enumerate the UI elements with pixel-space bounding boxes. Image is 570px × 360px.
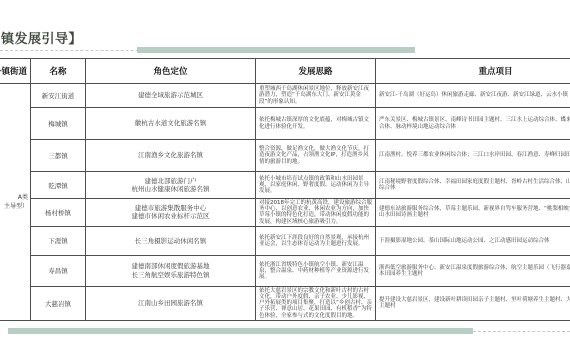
table-header-row: 乡镇街道 名称 角色定位 发展思路 重点项目: [0, 59, 570, 84]
table-row: 梅城镇 徽杭古水道文化旅游名镇 依托梅城古镇深厚的文化底蕴，对梅城古镇文化进行体…: [0, 108, 570, 140]
role-positioning-cell: 建德北部旅游门户 杭州山水健康休闲旅游名镇: [86, 172, 256, 199]
town-name-cell: 下涯镇: [31, 226, 86, 255]
table-row: 三都镇 江南渔乡文化旅游名镇 整合资源，做足渔文化，做大渔文化节庆，打造夜游文化…: [0, 140, 570, 172]
header-town-street: 乡镇街道: [0, 59, 31, 84]
key-projects-cell: 提升建设大慈岩景区，建设新叶耕读田园亲子主题村、里叶荷塘养生主题村、大慈岩宿禅修…: [376, 286, 570, 320]
town-name-cell: 大慈岩镇: [31, 286, 86, 320]
bottom-divider-dashed-line: [473, 331, 570, 332]
table-row: A类 主导型） 新安江街道 建德全域旅游示范城区 重塑城西千岛湖休闲景区地位，释…: [0, 84, 570, 108]
development-idea-cell: 依托浙江省级特色小镇航空小镇、新安江温泉，整合温泉、中药材种植等产业资源进行发展…: [256, 255, 376, 286]
top-accent-bar: [137, 47, 415, 53]
town-name-cell: 梅城镇: [31, 108, 86, 140]
development-idea-cell: 依托新安江下涯段良好的自然景观，承接杭州亚运会，以生态体育运动为主题进行发展。: [256, 226, 376, 255]
key-projects-cell: 浙西低空旅游服务中心、新安江温泉度假旅游综合体、航空主题乐园（飞行器嘉年华）、周…: [376, 255, 570, 286]
role-positioning-cell: 长三角摄影运动休闲名镇: [86, 226, 256, 255]
slide-page: 【乡镇发展引导】 乡镇街道 名称 角色定位 发展思路 重点项目 A类 主导型） …: [0, 0, 570, 360]
role-positioning-cell: 江南山乡田园旅游名镇: [86, 286, 256, 320]
role-positioning-cell: 建德全域旅游示范城区: [86, 84, 256, 108]
table-row: 乾潭镇 建德北部旅游门户 杭州山水健康休闲旅游名镇 依托小城市培育试点镇的政策和…: [0, 172, 570, 199]
role-positioning-cell: 江南渔乡文化旅游名镇: [86, 140, 256, 172]
role-positioning-cell: 建德市旅游集散服务中心 建德市休闲农业标杆示范区: [86, 199, 256, 227]
table-row: 寿昌镇 建德南部休闲度假旅游基地 长三角航空娱乐旅游特色镇 依托浙江省级特色小镇…: [0, 255, 570, 286]
town-name-cell: 杨村桥镇: [31, 199, 86, 227]
table-row: 杨村桥镇 建德市旅游集散服务中心 建德市休闲农业标杆示范区 对接2018年完工的…: [0, 199, 570, 227]
key-projects-cell: 下涯摄影湿地公园、茶山国际山地运动公园、之江动感田园运动综合体: [376, 226, 570, 255]
development-idea-cell: 依托梅城古镇深厚的文化底蕴，对梅城古镇文化进行体验化开发。: [256, 108, 376, 140]
development-idea-cell: 依托小城市培育试点镇的政策和山水田园景观，以家庭休闲、野奢度假、运动休闲为主导发…: [256, 172, 376, 199]
town-name-cell: 寿昌镇: [31, 255, 86, 286]
category-cell: A类 主导型）: [0, 84, 31, 321]
header-name: 名称: [31, 59, 86, 84]
header-role-positioning: 角色定位: [86, 59, 256, 84]
key-projects-cell: 江南渔村、悦养三都农业休闲综合体；三江口水岸田园、春江渔意、寿峰归园田居主题村。: [376, 140, 570, 172]
development-idea-cell: 重塑城西千岛湖休闲景区地位，释放新安江夜游潜力，塑造“千岛湖东大门、新安江黄金段…: [256, 84, 376, 108]
key-projects-cell: 新安江-千岛湖（好运岛）休闲旅游走廊、新安江夜游、新安江绿道、云水小镇: [376, 84, 570, 108]
role-positioning-cell: 徽杭古水道文化旅游名镇: [86, 108, 256, 140]
town-name-cell: 乾潭镇: [31, 172, 86, 199]
development-idea-cell: 对接2018年完工的杭黄高铁，建设旅游综合服务中心，以创意农业、休闲农业为方向，…: [256, 199, 376, 227]
town-name-cell: 新安江街道: [31, 84, 86, 108]
key-projects-cell: 建德东站旅游服务综合体、草莓主题乐园、新视界自驾车服务营地、“桃梨相映”水果乐园…: [376, 199, 570, 227]
town-development-guidance-table: 乡镇街道 名称 角色定位 发展思路 重点项目 A类 主导型） 新安江街道 建德全…: [0, 58, 570, 321]
key-projects-cell: 严东关景区、梅城古镇景区、南峰诗书田园主题村、三江水上运动综合体、蝶来栖坞微目的…: [376, 108, 570, 140]
development-idea-cell: 依托大慈岩景区的宗教文化和新叶古村的古村文化，带动户外度假、亲子农业、少儿影视、…: [256, 286, 376, 320]
table-row: 大慈岩镇 江南山乡田园旅游名镇 依托大慈岩景区的宗教文化和新叶古村的古村文化，带…: [0, 286, 570, 320]
key-projects-cell: 江南秘境野奢度假综合体、幸福田园家庭度假主题村、胥岭古村生活综合体、山野萝源有机…: [376, 172, 570, 199]
bottom-accent-bar: [8, 328, 473, 334]
header-key-projects: 重点项目: [376, 59, 570, 84]
development-idea-cell: 整合资源，做足渔文化，做大渔文化节庆，打造夜游文化产品，占领渔文化IP，打造渔乡…: [256, 140, 376, 172]
town-name-cell: 三都镇: [31, 140, 86, 172]
page-title: 【乡镇发展引导】: [0, 28, 82, 47]
header-development-idea: 发展思路: [256, 59, 376, 84]
table-row: 下涯镇 长三角摄影运动休闲名镇 依托新安江下涯段良好的自然景观，承接杭州亚运会，…: [0, 226, 570, 255]
role-positioning-cell: 建德南部休闲度假旅游基地 长三角航空娱乐旅游特色镇: [86, 255, 256, 286]
